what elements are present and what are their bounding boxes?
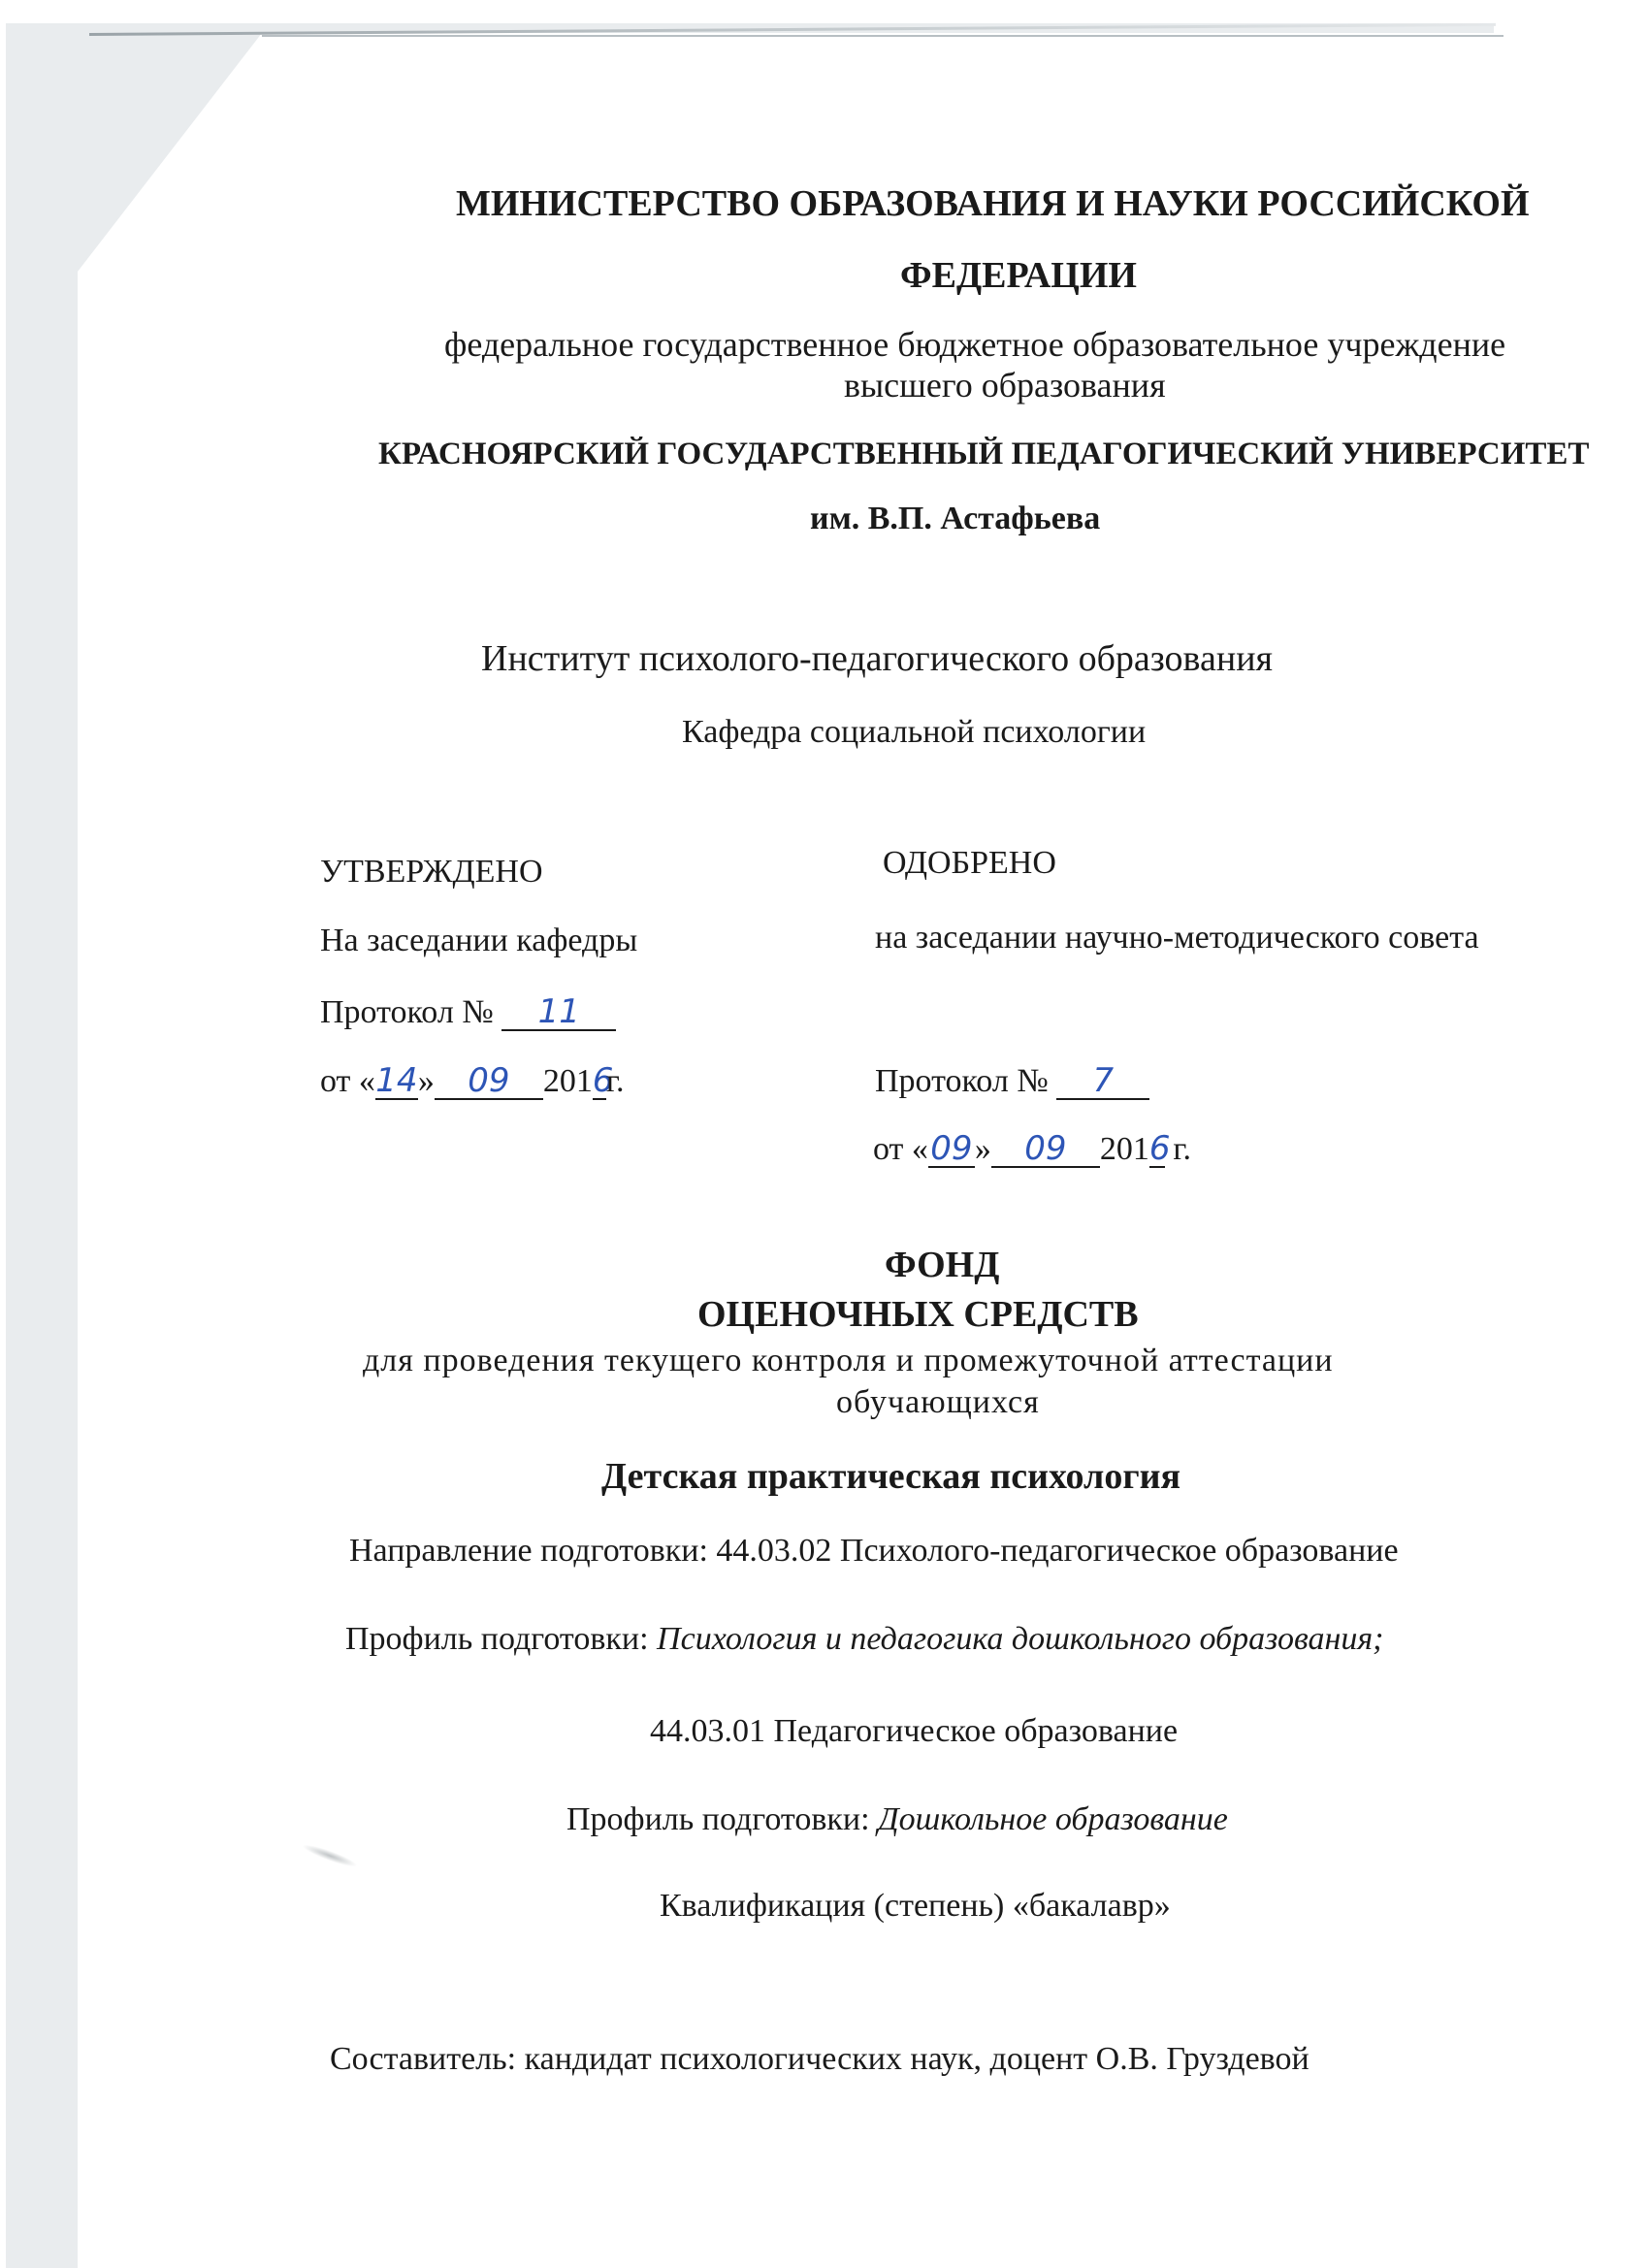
purpose-line-2: обучающихся — [836, 1384, 1040, 1421]
title-line-2: ОЦЕНОЧНЫХ СРЕДСТВ — [697, 1293, 1139, 1336]
year-digit-field: 6 — [1149, 1132, 1165, 1168]
ministry-line-1: МИНИСТЕРСТВО ОБРАЗОВАНИЯ И НАУКИ РОССИЙС… — [456, 182, 1530, 225]
qualification: Квалификация (степень) «бакалавр» — [660, 1888, 1171, 1925]
protocol-label: Протокол № — [320, 994, 494, 1030]
approved-title: УТВЕРЖДЕНО — [320, 854, 543, 891]
direction-of-training-2: 44.03.01 Педагогическое образование — [650, 1713, 1178, 1750]
title-line-1: ФОНД — [885, 1244, 999, 1286]
protocol-number-handwritten: 11 — [538, 992, 580, 1031]
university-named-after: им. В.П. Астафьева — [810, 501, 1100, 537]
day-handwritten: 09 — [930, 1129, 972, 1168]
day-handwritten: 14 — [375, 1061, 417, 1100]
page-top-edge-inner — [262, 35, 1503, 37]
approved-date: от «14»092016г. — [320, 1063, 625, 1100]
endorsed-protocol: Протокол № 7 — [875, 1063, 1149, 1100]
endorsed-date: от «09»092016 г. — [873, 1131, 1191, 1168]
month-field: 09 — [991, 1132, 1100, 1168]
protocol-number-field: 7 — [1056, 1064, 1149, 1100]
month-handwritten: 09 — [1024, 1129, 1066, 1168]
year-digit-field: 6 — [593, 1064, 606, 1100]
author-line: Составитель: кандидат психологических на… — [330, 2041, 1309, 2078]
protocol-label: Протокол № — [875, 1063, 1049, 1099]
year-prefix: 201 — [543, 1063, 593, 1099]
profile-2-label: Профиль подготовки: — [566, 1801, 878, 1837]
protocol-number-field: 11 — [501, 995, 616, 1031]
endorsed-meeting: на заседании научно-методического совета — [875, 920, 1479, 956]
profile-1: Профиль подготовки: Психология и педагог… — [345, 1621, 1383, 1658]
month-handwritten: 09 — [468, 1061, 509, 1100]
protocol-number-handwritten: 7 — [1092, 1061, 1114, 1100]
institute-name: Институт психолого-педагогического образ… — [481, 637, 1273, 680]
year-prefix: 201 — [1100, 1131, 1149, 1167]
date-prefix: от « — [873, 1131, 928, 1167]
day-field: 09 — [928, 1132, 975, 1168]
profile-2-value: Дошкольное образование — [878, 1801, 1228, 1837]
purpose-line-1: для проведения текущего контроля и проме… — [363, 1343, 1334, 1379]
month-field: 09 — [435, 1064, 543, 1100]
day-close-quote: » — [418, 1063, 435, 1099]
discipline-name: Детская практическая психология — [601, 1455, 1180, 1498]
profile-1-label: Профиль подготовки: — [345, 1621, 657, 1657]
department-name: Кафедра социальной психологии — [682, 714, 1146, 751]
university-name: КРАСНОЯРСКИЙ ГОСУДАРСТВЕННЫЙ ПЕДАГОГИЧЕС… — [378, 437, 1589, 472]
profile-2: Профиль подготовки: Дошкольное образован… — [566, 1801, 1228, 1838]
institution-type-line-2: высшего образования — [844, 365, 1166, 405]
endorsed-title: ОДОБРЕНО — [883, 845, 1056, 882]
date-prefix: от « — [320, 1063, 375, 1099]
scan-smudge — [301, 1841, 359, 1870]
profile-1-value: Психология и педагогика дошкольного обра… — [657, 1621, 1383, 1657]
day-close-quote: » — [975, 1131, 991, 1167]
ministry-line-2: ФЕДЕРАЦИИ — [900, 254, 1137, 297]
approved-protocol: Протокол № 11 — [320, 994, 616, 1031]
approved-meeting: На заседании кафедры — [320, 923, 637, 959]
year-suffix: г. — [606, 1063, 625, 1099]
day-field: 14 — [375, 1064, 418, 1100]
institution-type-line-1: федеральное государственное бюджетное об… — [444, 324, 1505, 365]
year-suffix: г. — [1165, 1131, 1191, 1167]
direction-of-training: Направление подготовки: 44.03.02 Психоло… — [349, 1533, 1399, 1570]
